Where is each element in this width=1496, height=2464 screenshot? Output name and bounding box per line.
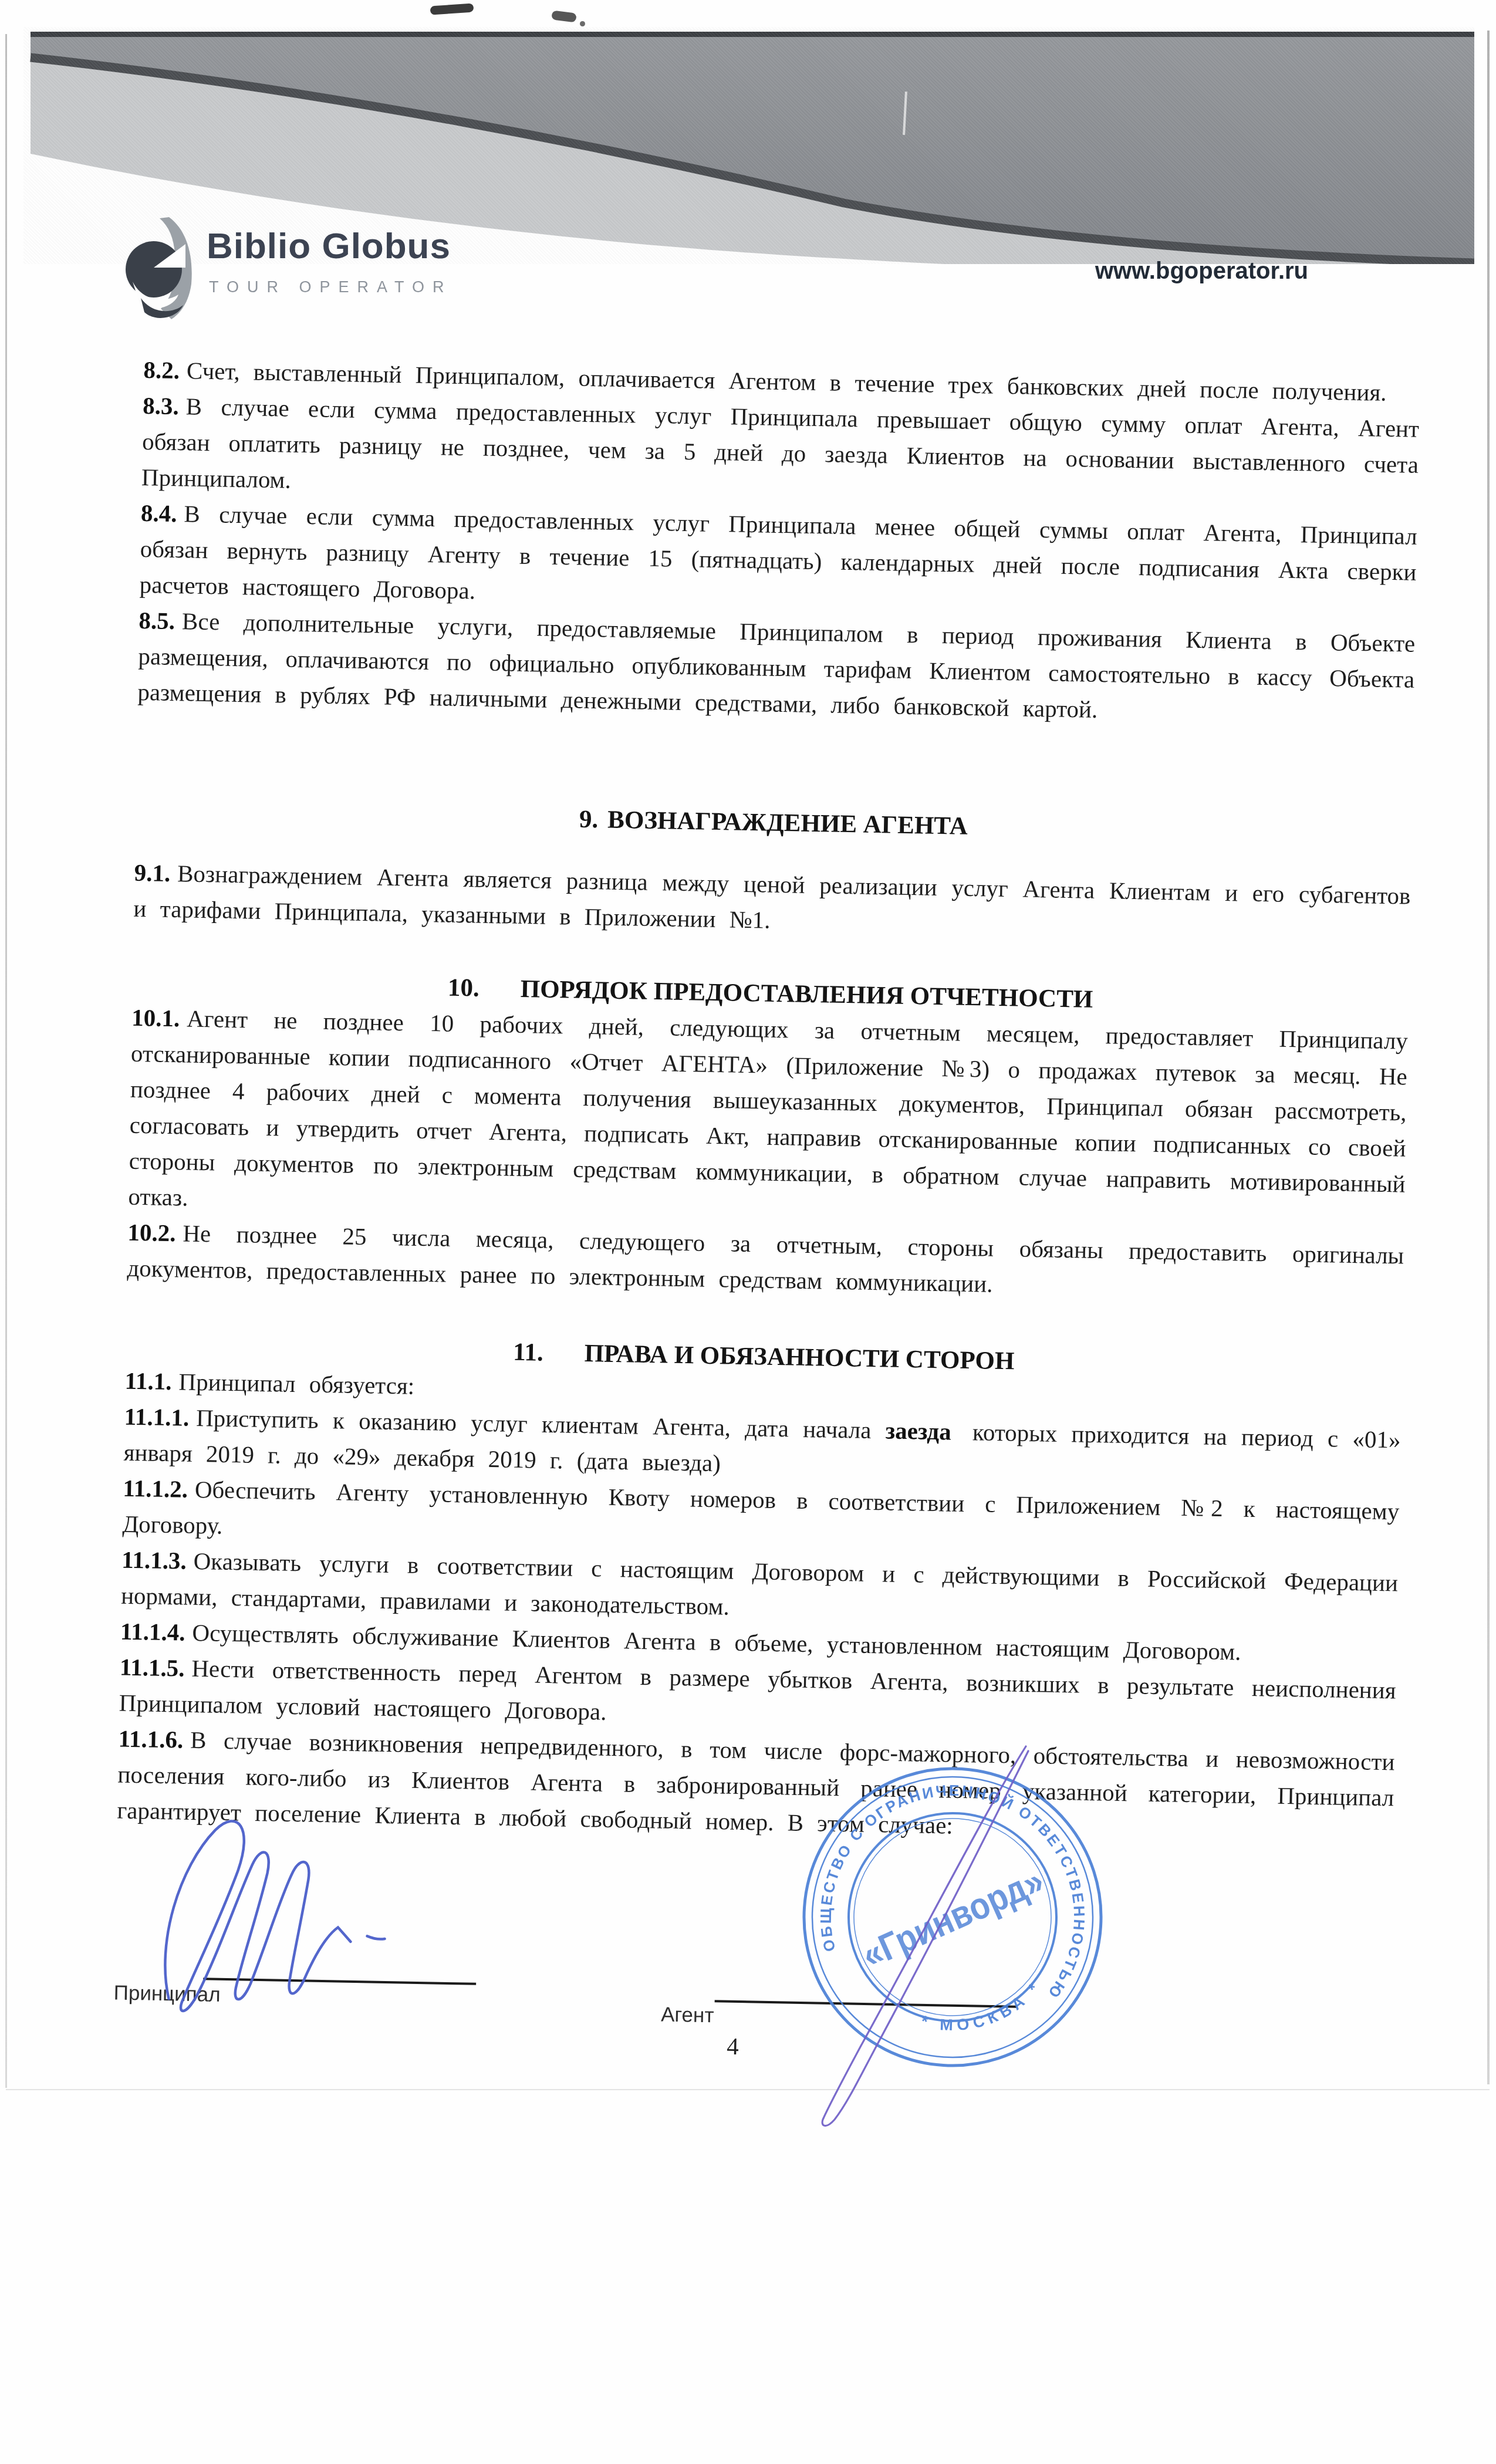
clause-10-1: 10.1.Агент не позднее 10 рабочих дней, с… (128, 1000, 1408, 1238)
clause-number: 11.1.2. (123, 1475, 188, 1503)
clause-number: 11.1.6. (118, 1725, 183, 1753)
clause-9-1: 9.1.Вознаграждением Агента является разн… (133, 855, 1411, 950)
section-number: 9. (579, 802, 598, 838)
website-url: www.bgoperator.ru (1095, 258, 1308, 285)
clause-number: 8.2. (143, 356, 180, 384)
section-number: 11. (513, 1334, 543, 1371)
section-9-heading: 9.ВОЗНАГРАЖДЕНИЕ АГЕНТА (135, 793, 1412, 853)
clause-text: Агент не позднее 10 рабочих дней, следую… (128, 1005, 1408, 1211)
contract-body: 8.2.Счет, выставленный Принципалом, опла… (117, 352, 1420, 1851)
pen-stroke (791, 1742, 1061, 2141)
clause-number: 10.2. (127, 1219, 176, 1246)
clause-bold-word: заезда (885, 1417, 951, 1445)
clause-number: 11.1. (124, 1367, 172, 1395)
clause-number: 8.3. (143, 392, 179, 420)
scan-smudge (551, 11, 577, 23)
clause-number: 10.1. (131, 1004, 180, 1032)
clause-8-5: 8.5.Все дополнительные услуги, предостав… (137, 603, 1416, 734)
scan-edge-right (1487, 31, 1490, 2084)
page-number: 4 (727, 2029, 739, 2064)
clause-text: Вознаграждением Агента является разница … (133, 860, 1411, 934)
clause-number: 11.1.5. (120, 1654, 185, 1682)
scan-smudge (430, 3, 474, 15)
clause-number: 11.1.1. (124, 1403, 189, 1431)
logo-title: Biblio Globus (207, 225, 451, 267)
clause-number: 11.1.4. (120, 1618, 185, 1646)
agent-label: Агент (661, 1997, 714, 2034)
logo: Biblio Globus TOUR OPERATOR (124, 212, 488, 324)
clause-number: 8.5. (139, 607, 175, 634)
clause-text: Принципал обязуется: (178, 1368, 414, 1399)
clause-number: 11.1.3. (121, 1546, 187, 1574)
section-number: 10. (447, 970, 479, 1006)
logo-subtitle: TOUR OPERATOR (209, 278, 452, 296)
clause-text: Все дополнительные услуги, предоставляем… (137, 607, 1416, 723)
scan-edge-left (5, 34, 7, 2088)
scanned-contract-page: Biblio Globus TOUR OPERATOR www.bgoperat… (0, 0, 1496, 2464)
scan-smudge (580, 21, 585, 26)
globe-icon (124, 212, 201, 324)
clause-number: 9.1. (134, 859, 170, 887)
clause-text: В случае если сумма предоставленных услу… (139, 500, 1417, 604)
clause-number: 8.4. (141, 499, 177, 527)
section-title: ВОЗНАГРАЖДЕНИЕ АГЕНТА (607, 802, 968, 844)
scan-edge-bottom (6, 2089, 1490, 2090)
clause-text: В случае если сумма предоставленных услу… (141, 393, 1420, 493)
principal-handwritten-signature (137, 1790, 424, 2041)
